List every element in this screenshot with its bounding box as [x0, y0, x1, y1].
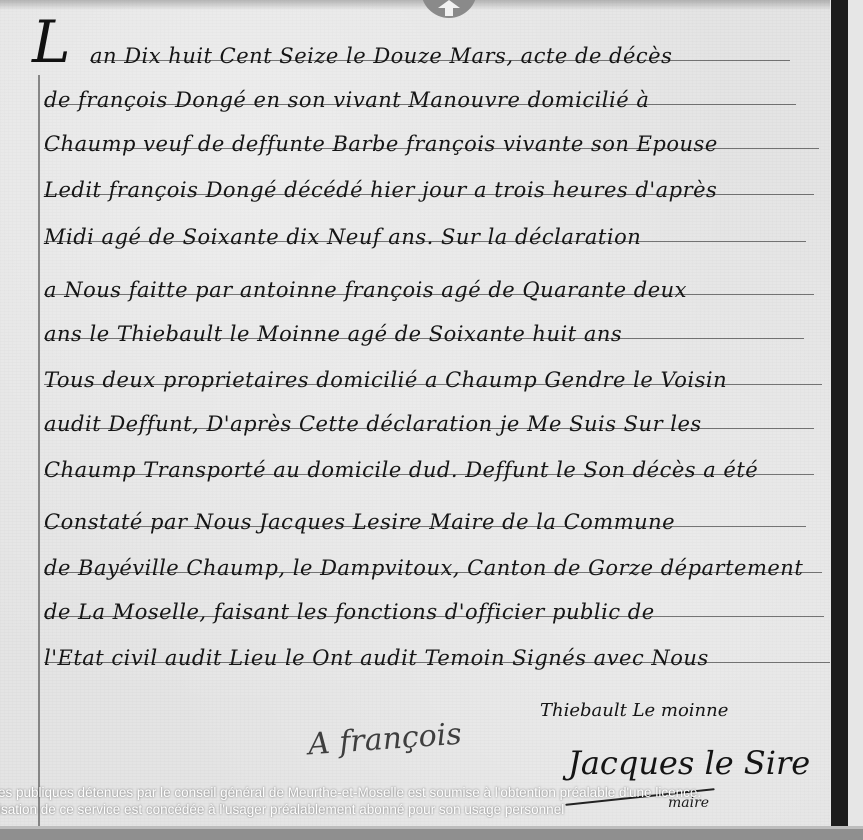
image-viewer: L an Dix huit Cent Seize le Douze Mars, … [0, 0, 863, 840]
manuscript-line-4: Ledit françois Dongé décédé hier jour a … [44, 178, 814, 202]
signature-thiebault: Thiebault Le moinne [540, 700, 728, 721]
top-shadow [0, 0, 830, 10]
vertical-scrollbar[interactable] [831, 0, 848, 828]
signature-francois: A françois [307, 717, 463, 763]
manuscript-line-11: Constaté par Nous Jacques Lesire Maire d… [44, 510, 806, 534]
manuscript-line-6: a Nous faitte par antoinne françois agé … [44, 278, 814, 302]
manuscript-line-1: an Dix huit Cent Seize le Douze Mars, ac… [90, 44, 790, 68]
signature-mayor: Jacques le Sire [568, 744, 810, 782]
manuscript-line-8: Tous deux proprietaires domicilié a Chau… [44, 368, 822, 392]
document-scan[interactable]: L an Dix huit Cent Seize le Douze Mars, … [0, 0, 830, 828]
margin-line [38, 75, 40, 830]
license-notice: es publiques détenues par le conseil gén… [0, 784, 830, 818]
manuscript-line-10: Chaump Transporté au domicile dud. Deffu… [44, 458, 814, 482]
manuscript-line-2: de françois Dongé en son vivant Manouvre… [44, 88, 796, 112]
manuscript-line-12: de Bayéville Chaump, le Dampvitoux, Cant… [44, 556, 822, 580]
manuscript-line-5: Midi agé de Soixante dix Neuf ans. Sur l… [44, 225, 806, 249]
arrow-up-icon [438, 0, 460, 16]
manuscript-line-13: de La Moselle, faisant les fonctions d'o… [44, 600, 824, 624]
manuscript-line-7: ans le Thiebault le Moinne agé de Soixan… [44, 322, 804, 346]
license-notice-line-1: es publiques détenues par le conseil gén… [0, 784, 830, 801]
manuscript-line-14: l'Etat civil audit Lieu le Ont audit Tem… [44, 646, 834, 670]
license-notice-line-2: isation de ce service est concédée à l'u… [0, 801, 830, 818]
manuscript-line-3: Chaump veuf de deffunte Barbe françois v… [44, 132, 819, 156]
manuscript-line-9: audit Deffunt, D'après Cette déclaration… [44, 412, 814, 436]
initial-capital: L [32, 8, 71, 76]
bottom-toolbar [0, 826, 863, 840]
